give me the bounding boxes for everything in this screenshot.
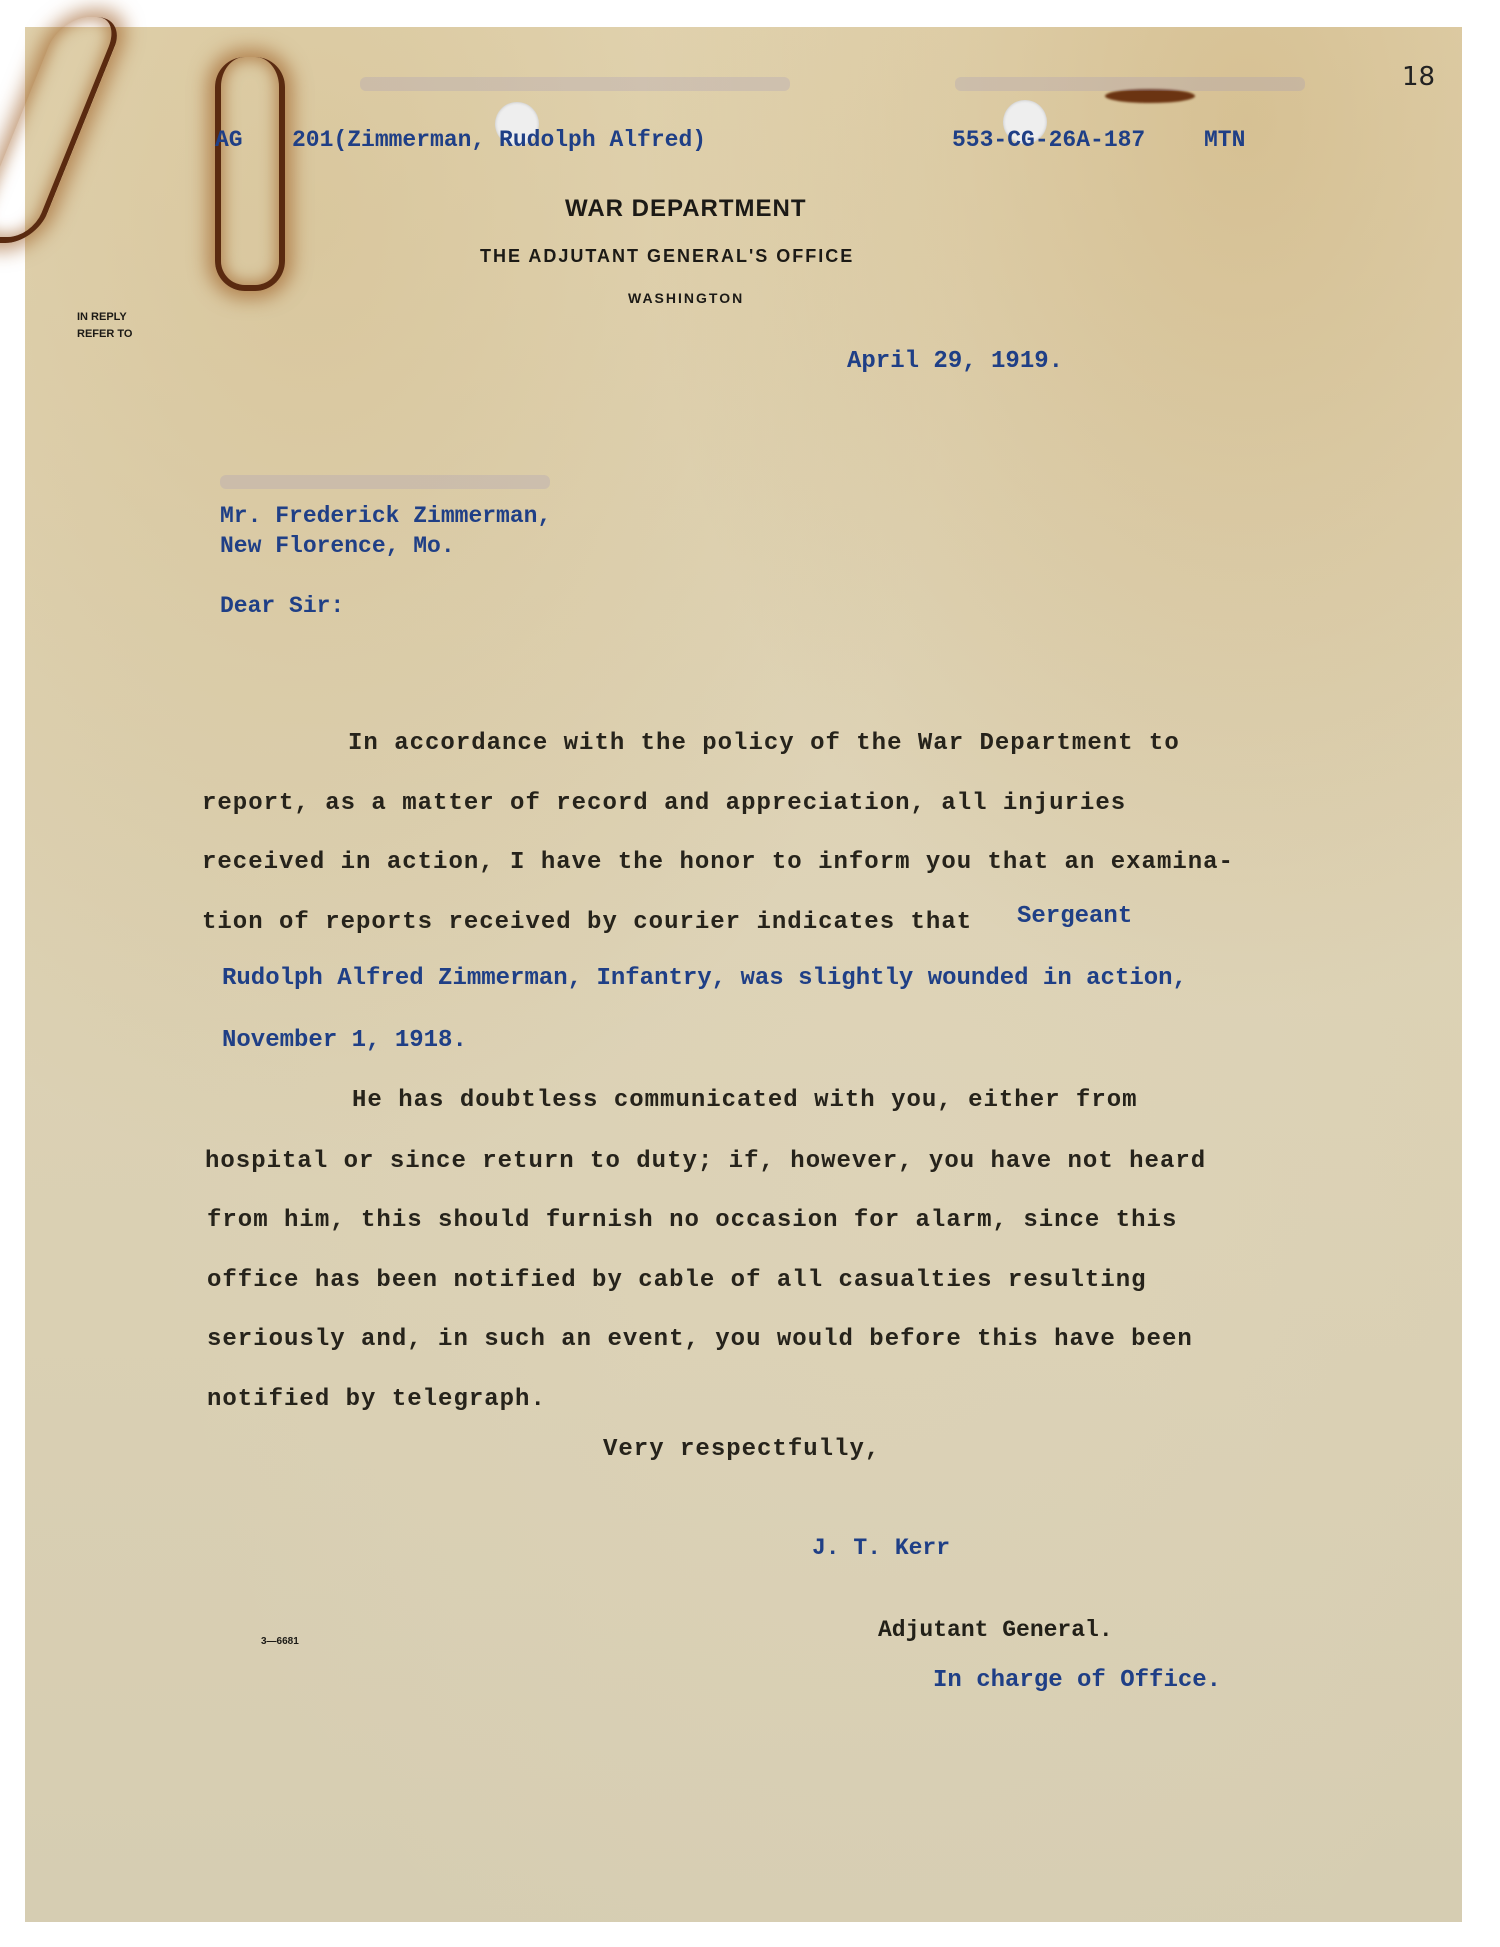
file-ref-code: 553-CG-26A-187 xyxy=(952,127,1145,153)
file-ref-subject: 201(Zimmerman, Rudolph Alfred) xyxy=(292,127,706,153)
paperclip-burn-mark xyxy=(215,57,285,291)
ghost-text-top-right xyxy=(955,77,1305,91)
signature-title: Adjutant General. xyxy=(878,1617,1113,1643)
form-number: 3—6681 xyxy=(261,1636,299,1647)
letterhead-office: THE ADJUTANT GENERAL'S OFFICE xyxy=(480,246,854,267)
paragraph1-line2: report, as a matter of record and apprec… xyxy=(202,790,1126,817)
paragraph1-line3: received in action, I have the honor to … xyxy=(202,849,1234,876)
letter-date: April 29, 1919. xyxy=(847,348,1063,375)
closing: Very respectfully, xyxy=(603,1436,880,1463)
paragraph2-line5: seriously and, in such an event, you wou… xyxy=(207,1326,1193,1353)
signature-name: J. T. Kerr xyxy=(812,1535,950,1561)
insert-line2: November 1, 1918. xyxy=(222,1027,467,1054)
insert-rank: Sergeant xyxy=(1017,903,1132,930)
letterhead-department: WAR DEPARTMENT xyxy=(565,195,807,223)
rust-stain xyxy=(1105,89,1195,103)
ghost-text-top xyxy=(360,77,790,91)
paragraph2-line4: office has been notified by cable of all… xyxy=(207,1267,1147,1294)
page-number: 18 xyxy=(1402,62,1435,92)
paragraph1-line4: tion of reports received by courier indi… xyxy=(202,909,972,936)
paragraph1-line1: In accordance with the policy of the War… xyxy=(348,730,1180,757)
paragraph2-line6: notified by telegraph. xyxy=(207,1386,546,1413)
file-ref-prefix: AG xyxy=(215,127,243,153)
reply-note-line1: IN REPLY xyxy=(77,311,127,323)
salutation: Dear Sir: xyxy=(220,593,344,619)
signature-role: In charge of Office. xyxy=(933,1667,1221,1694)
burn-mark-left xyxy=(0,17,127,243)
paragraph2-line3: from him, this should furnish no occasio… xyxy=(207,1207,1177,1234)
paragraph2-line1: He has doubtless communicated with you, … xyxy=(352,1087,1138,1114)
file-ref-initials: MTN xyxy=(1204,127,1245,153)
insert-line1: Rudolph Alfred Zimmerman, Infantry, was … xyxy=(222,965,1187,992)
recipient-address: New Florence, Mo. xyxy=(220,533,455,559)
ghost-text-address xyxy=(220,475,550,489)
reply-note-line2: REFER TO xyxy=(77,328,132,340)
recipient-name: Mr. Frederick Zimmerman, xyxy=(220,503,551,529)
paragraph2-line2: hospital or since return to duty; if, ho… xyxy=(205,1148,1206,1175)
letterhead-city: WASHINGTON xyxy=(628,290,744,306)
